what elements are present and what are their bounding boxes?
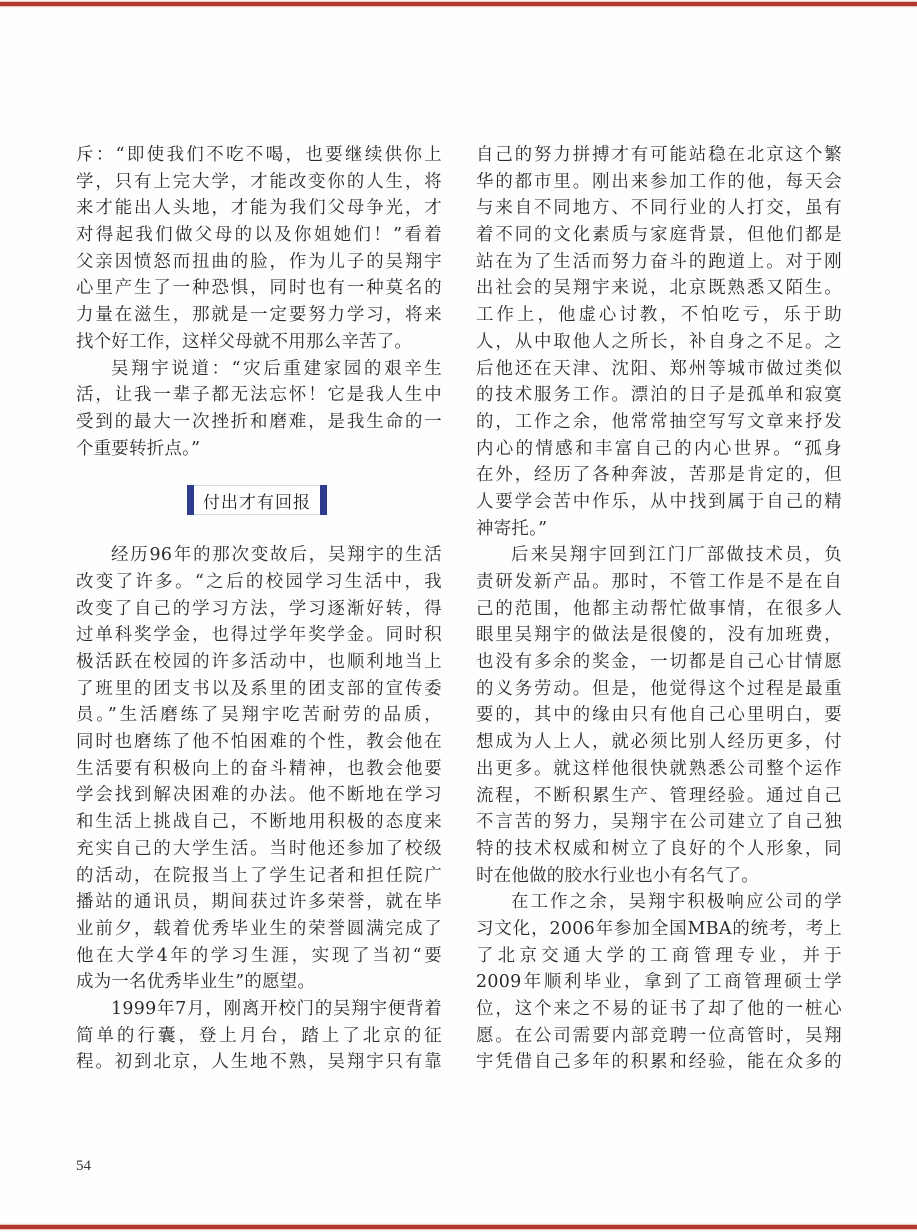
text-line: 播站的通讯员，期间获过许多荣誉，就在毕 <box>76 889 442 916</box>
text-line: 华的都市里。刚出来参加工作的他，每天会 <box>476 169 842 196</box>
text-line: 2009年顺利毕业，拿到了工商管理硕士学 <box>476 969 842 996</box>
paragraph-mba: 在工作之余，吴翔宇积极响应公司的学 习文化，2006年参加全国MBA的统考，考上… <box>476 889 842 1076</box>
text-line: 时在他做的胶水行业也小有名气了。 <box>476 863 842 890</box>
text-line: 神寄托。” <box>476 516 842 543</box>
text-line: 了北京交通大学的工商管理专业，并于 <box>476 943 842 970</box>
text-line: 习文化，2006年参加全国MBA的统考，考上 <box>476 916 842 943</box>
text-line: 父亲因愤怒而扭曲的脸，作为儿子的吴翔宇 <box>76 249 442 276</box>
text-line: 斥：“即使我们不吃不喝，也要继续供你上 <box>76 142 442 169</box>
section-heading: 付出才有回报 <box>187 485 327 515</box>
section-heading-wrap: 付出才有回报 <box>76 462 442 542</box>
text-line: 活，让我一辈子都无法忘怀！它是我人生中 <box>76 382 442 409</box>
text-line: 心里产生了一种恐惧，同时也有一种莫名的 <box>76 275 442 302</box>
text-line: 人，从中取他人之所长，补自身之不足。之 <box>476 329 842 356</box>
text-line: 学会找到解决困难的办法。他不断地在学习 <box>76 782 442 809</box>
text-line: 与来自不同地方、不同行业的人打交，虽有 <box>476 195 842 222</box>
text-line: 找个好工作，这样父母就不用那么辛苦了。 <box>76 329 442 356</box>
text-line: 人要学会苦中作乐，从中找到属于自己的精 <box>476 489 842 516</box>
text-line: 己的范围，他都主动帮忙做事情，在很多人 <box>476 596 842 623</box>
text-line: 成为一名优秀毕业生”的愿望。 <box>76 969 442 996</box>
text-line: 过单科奖学金，也得过学年奖学金。同时积 <box>76 622 442 649</box>
heading-bar-right <box>320 485 327 515</box>
text-line: 了班里的团支书以及系里的团支部的宣传委 <box>76 676 442 703</box>
text-line: 要的，其中的缘由只有他自己心里明白，要 <box>476 702 842 729</box>
text-line: 生活要有积极向上的奋斗精神，也教会他要 <box>76 756 442 783</box>
paragraph-university: 经历96年的那次变故后，吴翔宇的生活 改变了许多。“之后的校园学习生活中，我 改… <box>76 542 442 996</box>
text-line: 眼里吴翔宇的做法是很傻的，没有加班费， <box>476 622 842 649</box>
text-line: 后他还在天津、沈阳、郑州等城市做过类似 <box>476 356 842 383</box>
text-line: 责研发新产品。那时，不管工作是不是在自 <box>476 569 842 596</box>
text-line: 来才能出人头地，才能为我们父母争光，才 <box>76 195 442 222</box>
text-line: 简单的行囊，登上月台，踏上了北京的征 <box>76 1023 442 1050</box>
heading-bar-left <box>187 485 194 515</box>
paragraph-beijing: 1999年7月，刚离开校门的吴翔宇便背着 简单的行囊，登上月台，踏上了北京的征 … <box>76 996 442 1076</box>
text-line: 极活跃在校园的许多活动中，也顺利地当上 <box>76 649 442 676</box>
text-line: 愿。在公司需要内部竞聘一位高管时，吴翔 <box>476 1023 842 1050</box>
paragraph-father-speech: 斥：“即使我们不吃不喝，也要继续供你上 学，只有上完大学，才能改变你的人生，将 … <box>76 142 442 356</box>
text-line: 在外，经历了各种奔波，苦那是肯定的，但 <box>476 462 842 489</box>
paragraph-beijing-continued: 自己的努力拼搏才有可能站稳在北京这个繁 华的都市里。刚出来参加工作的他，每天会 … <box>476 142 842 542</box>
section-heading-text: 付出才有回报 <box>203 488 311 513</box>
text-line: 的义务劳动。但是，他觉得这个过程是最重 <box>476 676 842 703</box>
text-line: 后来吴翔宇回到江门厂部做技术员，负 <box>476 542 842 569</box>
text-line: 也没有多余的奖金，一切都是自己心甘情愿 <box>476 649 842 676</box>
text-line: 宇凭借自己多年的积累和经验，能在众多的 <box>476 1049 842 1076</box>
text-line: 在工作之余，吴翔宇积极响应公司的学 <box>476 889 842 916</box>
text-line: 改变了许多。“之后的校园学习生活中，我 <box>76 569 442 596</box>
text-line: 力量在滋生，那就是一定要努力学习，将来 <box>76 302 442 329</box>
text-line: 程。初到北京，人生地不熟，吴翔宇只有靠 <box>76 1049 442 1076</box>
paragraph-jiangmen: 后来吴翔宇回到江门厂部做技术员，负 责研发新产品。那时，不管工作是不是在自 己的… <box>476 542 842 889</box>
text-line: 经历96年的那次变故后，吴翔宇的生活 <box>76 542 442 569</box>
paragraph-quote: 吴翔宇说道：“灾后重建家园的艰辛生 活，让我一辈子都无法忘怀！它是我人生中 受到… <box>76 356 442 463</box>
text-line: 1999年7月，刚离开校门的吴翔宇便背着 <box>76 996 442 1023</box>
top-rule <box>0 2 917 6</box>
bottom-rule <box>0 1225 917 1229</box>
text-line: 个重要转折点。” <box>76 436 442 463</box>
text-line: 员。”生活磨练了吴翔宇吃苦耐劳的品质， <box>76 702 442 729</box>
text-line: 充实自己的大学生活。当时他还参加了校级 <box>76 836 442 863</box>
text-line: 他在大学4年的学习生涯，实现了当初“要 <box>76 943 442 970</box>
text-line: 改变了自己的学习方法，学习逐渐好转，得 <box>76 596 442 623</box>
text-line: 位，这个来之不易的证书了却了他的一桩心 <box>476 996 842 1023</box>
text-line: 对得起我们做父母的以及你姐她们！”看着 <box>76 222 442 249</box>
right-column: 自己的努力拼搏才有可能站稳在北京这个繁 华的都市里。刚出来参加工作的他，每天会 … <box>476 142 842 1076</box>
text-line: 内心的情感和丰富自己的内心世界。“孤身 <box>476 436 842 463</box>
text-line: 的活动，在院报当上了学生记者和担任院广 <box>76 863 442 890</box>
text-line: 流程，不断积累生产、管理经验。通过自己 <box>476 783 842 810</box>
text-line: 和生活上挑战自己，不断地用积极的态度来 <box>76 809 442 836</box>
text-line: 不言苦的努力，吴翔宇在公司建立了自己独 <box>476 809 842 836</box>
text-line: 的，工作之余，他常常抽空写写文章来抒发 <box>476 409 842 436</box>
text-line: 工作上，他虚心讨教，不怕吃亏，乐于助 <box>476 302 842 329</box>
text-line: 自己的努力拼搏才有可能站稳在北京这个繁 <box>476 142 842 169</box>
text-line: 站在为了生活而努力奋斗的跑道上。对于刚 <box>476 249 842 276</box>
text-line: 吴翔宇说道：“灾后重建家园的艰辛生 <box>76 356 442 383</box>
left-column: 斥：“即使我们不吃不喝，也要继续供你上 学，只有上完大学，才能改变你的人生，将 … <box>76 142 442 1076</box>
text-line: 学，只有上完大学，才能改变你的人生，将 <box>76 169 442 196</box>
text-line: 业前夕，载着优秀毕业生的荣誉圆满完成了 <box>76 916 442 943</box>
text-line: 同时也磨练了他不怕困难的个性，教会他在 <box>76 729 442 756</box>
text-line: 出社会的吴翔宇来说，北京既熟悉又陌生。 <box>476 275 842 302</box>
text-line: 受到的最大一次挫折和磨难，是我生命的一 <box>76 409 442 436</box>
text-line: 想成为人上人，就必须比别人经历更多，付 <box>476 729 842 756</box>
text-line: 的技术服务工作。漂泊的日子是孤单和寂寞 <box>476 382 842 409</box>
page-number: 54 <box>76 1158 91 1175</box>
text-line: 着不同的文化素质与家庭背景，但他们都是 <box>476 222 842 249</box>
text-line: 特的技术权威和树立了良好的个人形象，同 <box>476 836 842 863</box>
text-line: 出更多。就这样他很快就熟悉公司整个运作 <box>476 756 842 783</box>
